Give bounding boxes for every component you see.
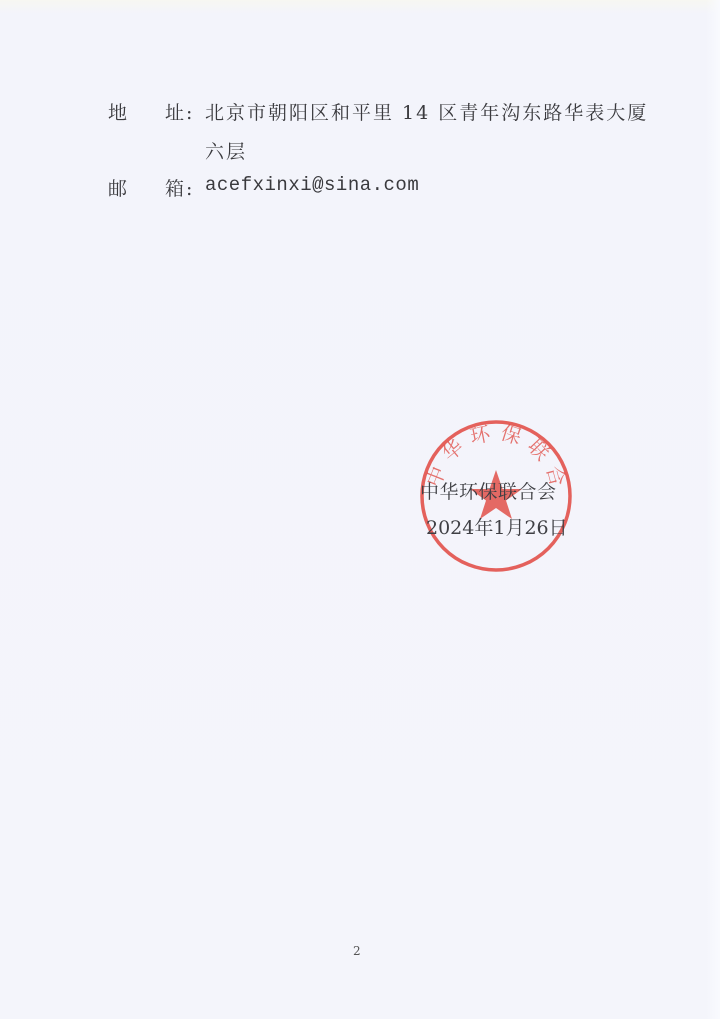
signing-organization: 中华环保联合会 xyxy=(420,477,557,504)
email-label-char2: 箱: xyxy=(165,174,194,201)
email-label-char1: 邮 xyxy=(108,174,129,201)
address-value-line1: 北京市朝阳区和平里 14 区青年沟东路华表大厦 xyxy=(205,98,648,125)
signing-date: 2024年1月26日 xyxy=(426,513,568,540)
address-label-char1: 地 xyxy=(108,98,129,125)
email-value: acefxinxi@sina.com xyxy=(205,174,419,196)
address-value-line2: 六层 xyxy=(205,137,247,164)
page-number: 2 xyxy=(353,944,361,958)
document-page: 地 址: 北京市朝阳区和平里 14 区青年沟东路华表大厦 六层 邮 箱: ace… xyxy=(0,0,720,1019)
address-label-char2: 址: xyxy=(165,98,194,125)
